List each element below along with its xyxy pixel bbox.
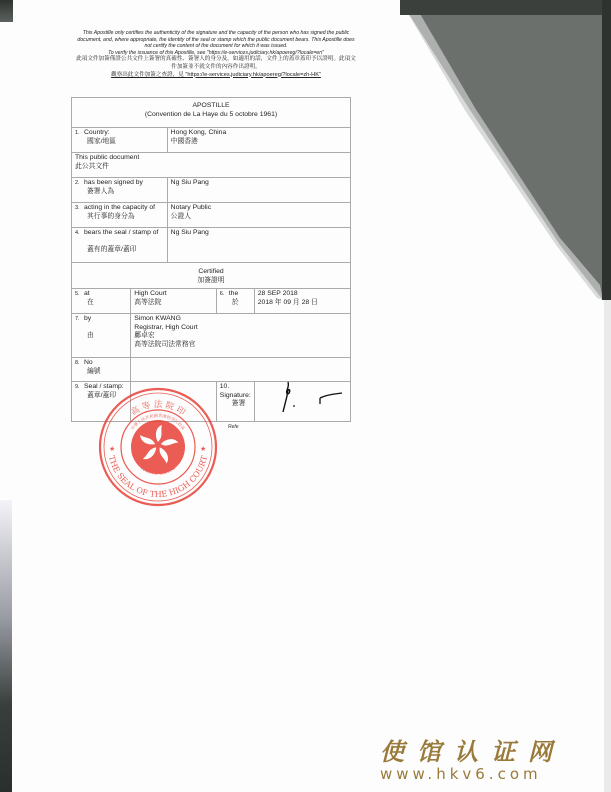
- row-number: 3.: [75, 204, 84, 213]
- scan-edge-shadow: [0, 500, 12, 792]
- label-zh: 於: [220, 299, 251, 308]
- label-en: bears the seal / stamp of: [84, 229, 158, 236]
- value-zh: 中國香港: [171, 138, 347, 147]
- row-by: 7.by由 Simon KWANG Registrar, High Court …: [72, 314, 351, 358]
- label-zh: 在: [75, 299, 127, 308]
- watermark: 使馆认证网 www.hkv6.com: [380, 732, 565, 783]
- apostille-disclaimer: This Apostille only certifies the authen…: [75, 30, 357, 79]
- value: [131, 358, 351, 382]
- label-zh: 簽署: [220, 400, 251, 409]
- label-en: Signature:: [220, 392, 251, 399]
- row-certified: Certified加簽證明: [72, 263, 351, 289]
- label-zh: 加簽證明: [75, 277, 347, 286]
- label-en: No: [84, 359, 93, 366]
- star-icon: ★: [109, 445, 115, 453]
- value-en: Ng Siu Pang: [167, 228, 350, 263]
- value-line: Simon KWANG: [134, 315, 347, 324]
- apostille-title: APOSTILLE: [75, 102, 347, 111]
- value-line: 鄺卓宏: [134, 332, 347, 341]
- disclaimer-en: This Apostille only certifies the authen…: [75, 30, 357, 50]
- apostille-table: APOSTILLE (Convention de La Haye du 5 oc…: [71, 97, 351, 422]
- scan-edge-shadow-top: [0, 0, 13, 22]
- row-capacity: 3.acting in the capacity of其行事的身分為 Notar…: [72, 203, 351, 228]
- label-en: the: [229, 290, 238, 297]
- watermark-cn: 使馆认证网: [380, 732, 565, 767]
- value-line: 高等法院司法常務官: [134, 341, 347, 350]
- row-number: 1.: [75, 129, 84, 138]
- label-en: Country:: [84, 129, 110, 136]
- label-en: at: [84, 290, 90, 297]
- row-public-document: This public document此公共文件: [72, 153, 351, 178]
- label-zh: 此公共文件: [75, 163, 347, 172]
- star-icon: ★: [200, 445, 206, 453]
- signature-scribble: [280, 380, 350, 418]
- verify-zh: 觀察出此文件加簽之查證，見 "https://e-services.judici…: [75, 72, 357, 80]
- value-en: Notary Public: [171, 204, 347, 213]
- row-number: 2.: [75, 179, 84, 188]
- label-zh: 其行事的身分為: [75, 213, 164, 222]
- value-en: High Court: [134, 290, 213, 299]
- row-number: 5.: [75, 290, 84, 299]
- reference-label: Refe: [228, 424, 239, 430]
- row-number: 8.: [75, 359, 84, 368]
- label-en: acting in the capacity of: [84, 204, 155, 211]
- value-en: Hong Kong, China: [171, 129, 347, 138]
- high-court-seal: 高 等 法 院 印 中華人民共和國香港特別行政區 THE SEAL OF THE…: [96, 385, 220, 509]
- label-zh: 由: [75, 332, 127, 341]
- disclaimer-zh: 此項文件加簽僅證公共文件上簽署的真確性、簽署人的身分及，如適用的話，文件上的蓋章…: [75, 56, 357, 71]
- label-zh: 蓋有的蓋章/蓋印: [75, 246, 164, 255]
- label-en: Certified: [75, 268, 347, 277]
- row-number: 10.: [220, 383, 229, 390]
- label-en: by: [84, 315, 91, 322]
- apostille-subtitle: (Convention de La Haye du 5 octobre 1961…: [75, 111, 347, 120]
- row-number: 9.: [75, 383, 84, 392]
- value-zh: 高等法院: [134, 299, 213, 308]
- apostille-header: APOSTILLE (Convention de La Haye du 5 oc…: [72, 98, 351, 128]
- label-zh: 編號: [75, 368, 127, 377]
- row-number: 4.: [75, 229, 84, 238]
- value-en: 28 SEP 2018: [258, 290, 347, 299]
- watermark-url: www.hkv6.com: [380, 765, 565, 783]
- row-at-the: 5.at在 High Court高等法院 6.the於 28 SEP 20182…: [72, 289, 351, 314]
- value-en: Ng Siu Pang: [167, 178, 350, 203]
- row-number: 7.: [75, 315, 84, 324]
- value-zh: 2018 年 09 月 28 日: [258, 299, 347, 308]
- value-line: Registrar, High Court: [134, 324, 347, 333]
- row-number: 6.: [220, 290, 229, 299]
- row-no: 8.No編號: [72, 358, 351, 382]
- row-seal-of: 4.bears the seal / stamp of蓋有的蓋章/蓋印 Ng S…: [72, 228, 351, 263]
- label-en: has been signed by: [84, 179, 143, 186]
- label-zh: 國家/地區: [75, 138, 164, 147]
- value-zh: 公證人: [171, 213, 347, 222]
- label-zh: 簽署人為: [75, 188, 164, 197]
- row-country: 1.Country:國家/地區 Hong Kong, China中國香港: [72, 128, 351, 153]
- row-signed-by: 2.has been signed by簽署人為 Ng Siu Pang: [72, 178, 351, 203]
- label-en: This public document: [75, 154, 347, 163]
